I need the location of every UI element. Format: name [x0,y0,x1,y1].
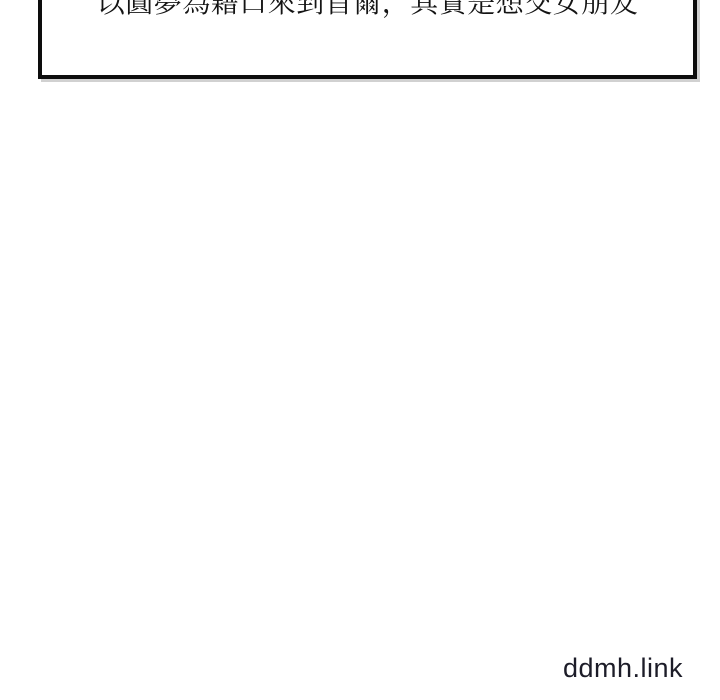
narration-text: 以圓夢為藉口來到首爾，其實是想交女朋友 [97,0,639,23]
site-watermark: ddmh.link [563,653,683,684]
narration-box: 以圓夢為藉口來到首爾，其實是想交女朋友 [38,0,697,79]
comic-page: 以圓夢為藉口來到首爾，其實是想交女朋友 ddmh.link [0,0,720,700]
